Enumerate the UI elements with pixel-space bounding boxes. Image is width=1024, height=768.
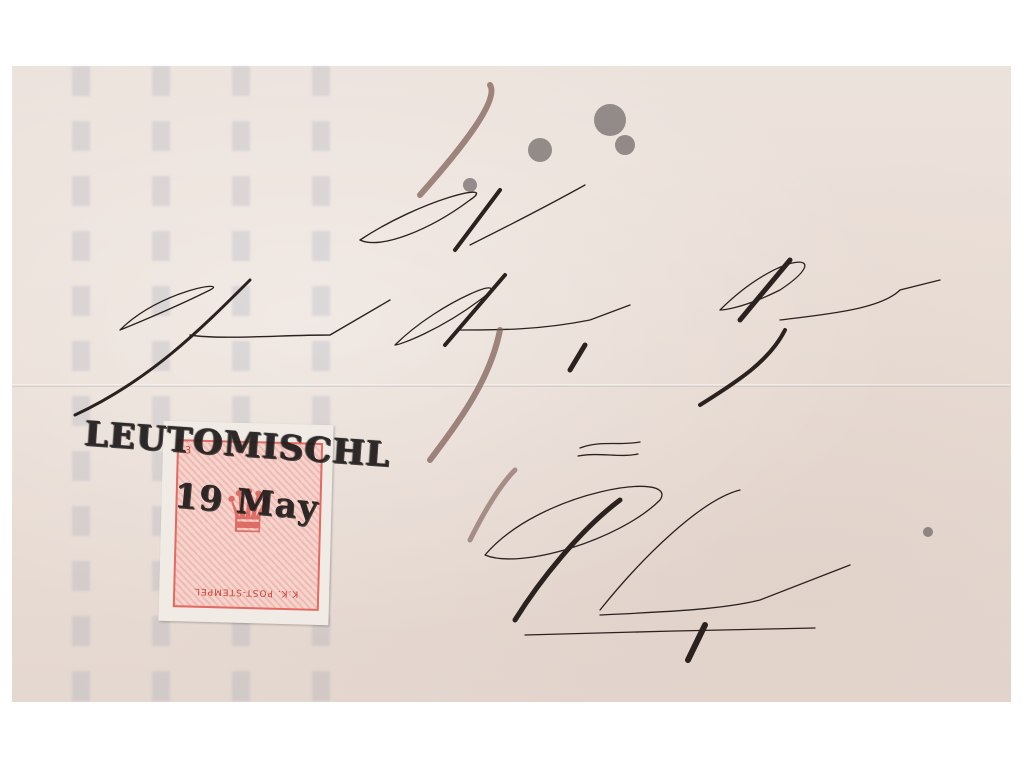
handwriting-strokes bbox=[0, 0, 1024, 768]
stamp-inscription: K.K. POST-STEMPEL bbox=[175, 585, 317, 599]
